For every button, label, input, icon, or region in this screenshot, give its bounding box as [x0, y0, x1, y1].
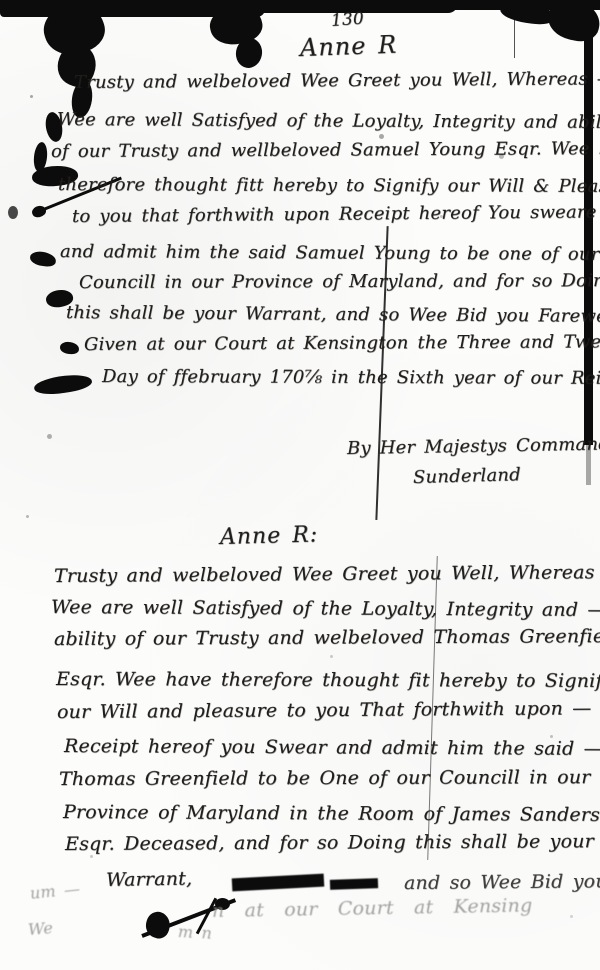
ink-stain	[143, 909, 174, 941]
letter1-line-7: Councill in our Province of Maryland, an…	[79, 270, 600, 293]
letter2-fragment-3: We	[27, 918, 53, 939]
letter2-farewell-fragment: and so Wee Bid you	[404, 870, 600, 894]
letter2-line-6: Receipt hereof you Swear and admit him t…	[64, 735, 600, 760]
ink-stain	[60, 341, 80, 354]
letter1-line-4: therefore thought fitt hereby to Signify…	[58, 174, 600, 197]
letter1-line-9: Given at our Court at Kensington the Thr…	[84, 331, 600, 355]
letter2-line-8: Province of Maryland in the Room of Jame…	[63, 801, 600, 826]
letter2-line-9: Esqr. Deceased, and for so Doing this sh…	[65, 830, 594, 855]
letter1-line-10: Day of ffebruary 170⅞ in the Sixth year …	[102, 366, 600, 389]
manuscript-page: 130 Anne R Trusty and welbeloved Wee Gre…	[0, 0, 600, 970]
letter2-fragment-1: um —	[29, 879, 81, 903]
paper-speckles	[30, 95, 33, 98]
scratch-line	[514, 16, 515, 58]
letter2-line-5: our Will and pleasure to you That forthw…	[57, 697, 592, 723]
letter2-line-7: Thomas Greenfield to be One of our Counc…	[59, 766, 600, 790]
letter2-fragment-2: m n	[178, 922, 213, 943]
letter1-signature: Sunderland	[413, 464, 521, 488]
smudge	[330, 878, 378, 890]
letter1-line-3: of our Trusty and wellbeloved Samuel You…	[51, 138, 600, 162]
letter1-line-6: and admit him the said Samuel Young to b…	[60, 241, 600, 265]
letter2-line-4: Esqr. Wee have therefore thought fit her…	[56, 668, 600, 692]
letter1-line-8: this shall be your Warrant, and so Wee B…	[66, 302, 600, 327]
letter1-line-2: Wee are well Satisfyed of the Loyalty, I…	[57, 109, 600, 133]
letter2-line-1: Trusty and welbeloved Wee Greet you Well…	[54, 561, 600, 587]
ink-stain	[33, 372, 93, 398]
ink-stain	[29, 250, 57, 267]
ink-stain	[8, 206, 18, 219]
letter2-faded-line: n at our Court at Kensing	[212, 894, 533, 922]
page-number: 130	[330, 9, 364, 31]
letter2-line-3: ability of our Trusty and welbeloved Tho…	[54, 625, 600, 650]
smudge	[232, 874, 325, 892]
letter1-by-command: By Her Majestys Command	[347, 433, 600, 459]
letter1-line-1: Trusty and welbeloved Wee Greet you Well…	[74, 68, 600, 93]
letter1-heading: Anne R	[300, 31, 398, 62]
letter2-line-2: Wee are well Satisfyed of the Loyalty, I…	[51, 596, 600, 621]
letter2-warrant-word: Warrant,	[106, 867, 193, 891]
letter1-line-5: to you that forthwith upon Receipt hereo…	[72, 201, 597, 227]
letter2-heading: Anne R:	[220, 522, 319, 550]
